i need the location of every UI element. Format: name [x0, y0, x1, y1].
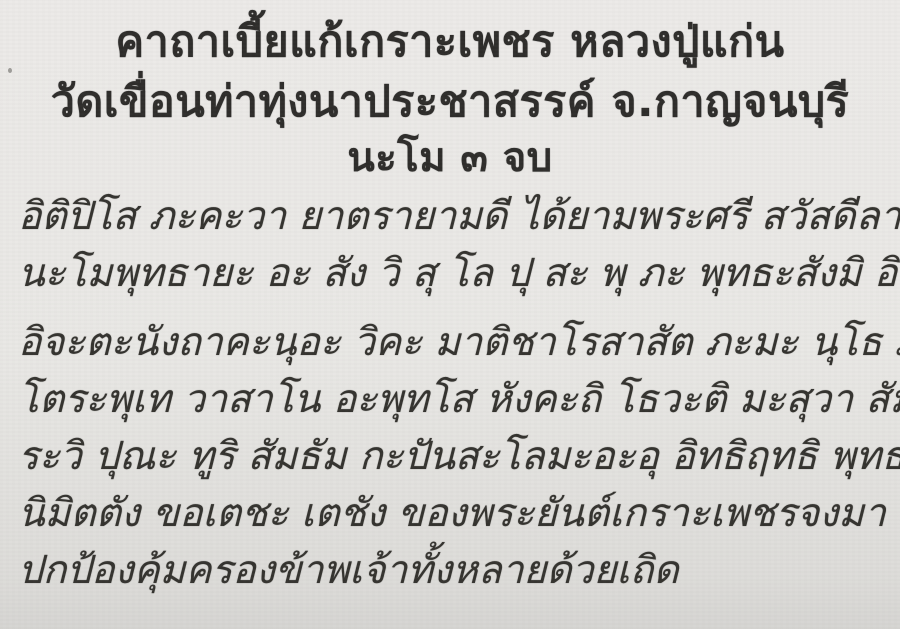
prayer-paragraph-2: อิจะตะนังถาคะนุอะ วิคะ มาติชาโรสาสัต ภะม…: [18, 314, 882, 599]
prayer-line: โตระพุเท วาสาโน อะพุทโส หังคะถิ โธวะติ ม…: [18, 371, 882, 428]
prayer-paragraph-1: อิติปิโส ภะคะวา ยาตรายามดี ได้ยามพระศรี …: [18, 188, 882, 302]
title-line-namo-instruction: นะโม ๓ จบ: [18, 132, 882, 184]
title-line-temple-name: วัดเขื่อนท่าทุ่งนาประชาสรรค์ จ.กาญจนบุรี: [18, 72, 882, 132]
prayer-line: ปกป้องคุ้มครองข้าพเจ้าทั้งหลายด้วยเถิด: [18, 542, 882, 599]
prayer-body: อิติปิโส ภะคะวา ยาตรายามดี ได้ยามพระศรี …: [18, 188, 882, 599]
prayer-line: นะโมพุทธายะ อะ สัง วิ สุ โล ปุ สะ พุ ภะ …: [18, 245, 882, 302]
scan-artifact-speck: [8, 68, 12, 73]
prayer-line: นิมิตตัง ขอเตชะ เตชัง ของพระยันต์เกราะเพ…: [18, 485, 882, 542]
prayer-line: ระวิ ปุณะ ทูริ สัมธัม กะปันสะโลมะอะอุ อิ…: [18, 428, 882, 485]
scanned-prayer-document: คาถาเบี้ยแก้เกราะเพชร หลวงปู่แก่น วัดเขื…: [0, 0, 900, 629]
prayer-line: อิจะตะนังถาคะนุอะ วิคะ มาติชาโรสาสัต ภะม…: [18, 314, 882, 371]
title-line-katha-name: คาถาเบี้ยแก้เกราะเพชร หลวงปู่แก่น: [18, 12, 882, 72]
prayer-line: อิติปิโส ภะคะวา ยาตรายามดี ได้ยามพระศรี …: [18, 188, 882, 245]
document-title-block: คาถาเบี้ยแก้เกราะเพชร หลวงปู่แก่น วัดเขื…: [18, 12, 882, 184]
